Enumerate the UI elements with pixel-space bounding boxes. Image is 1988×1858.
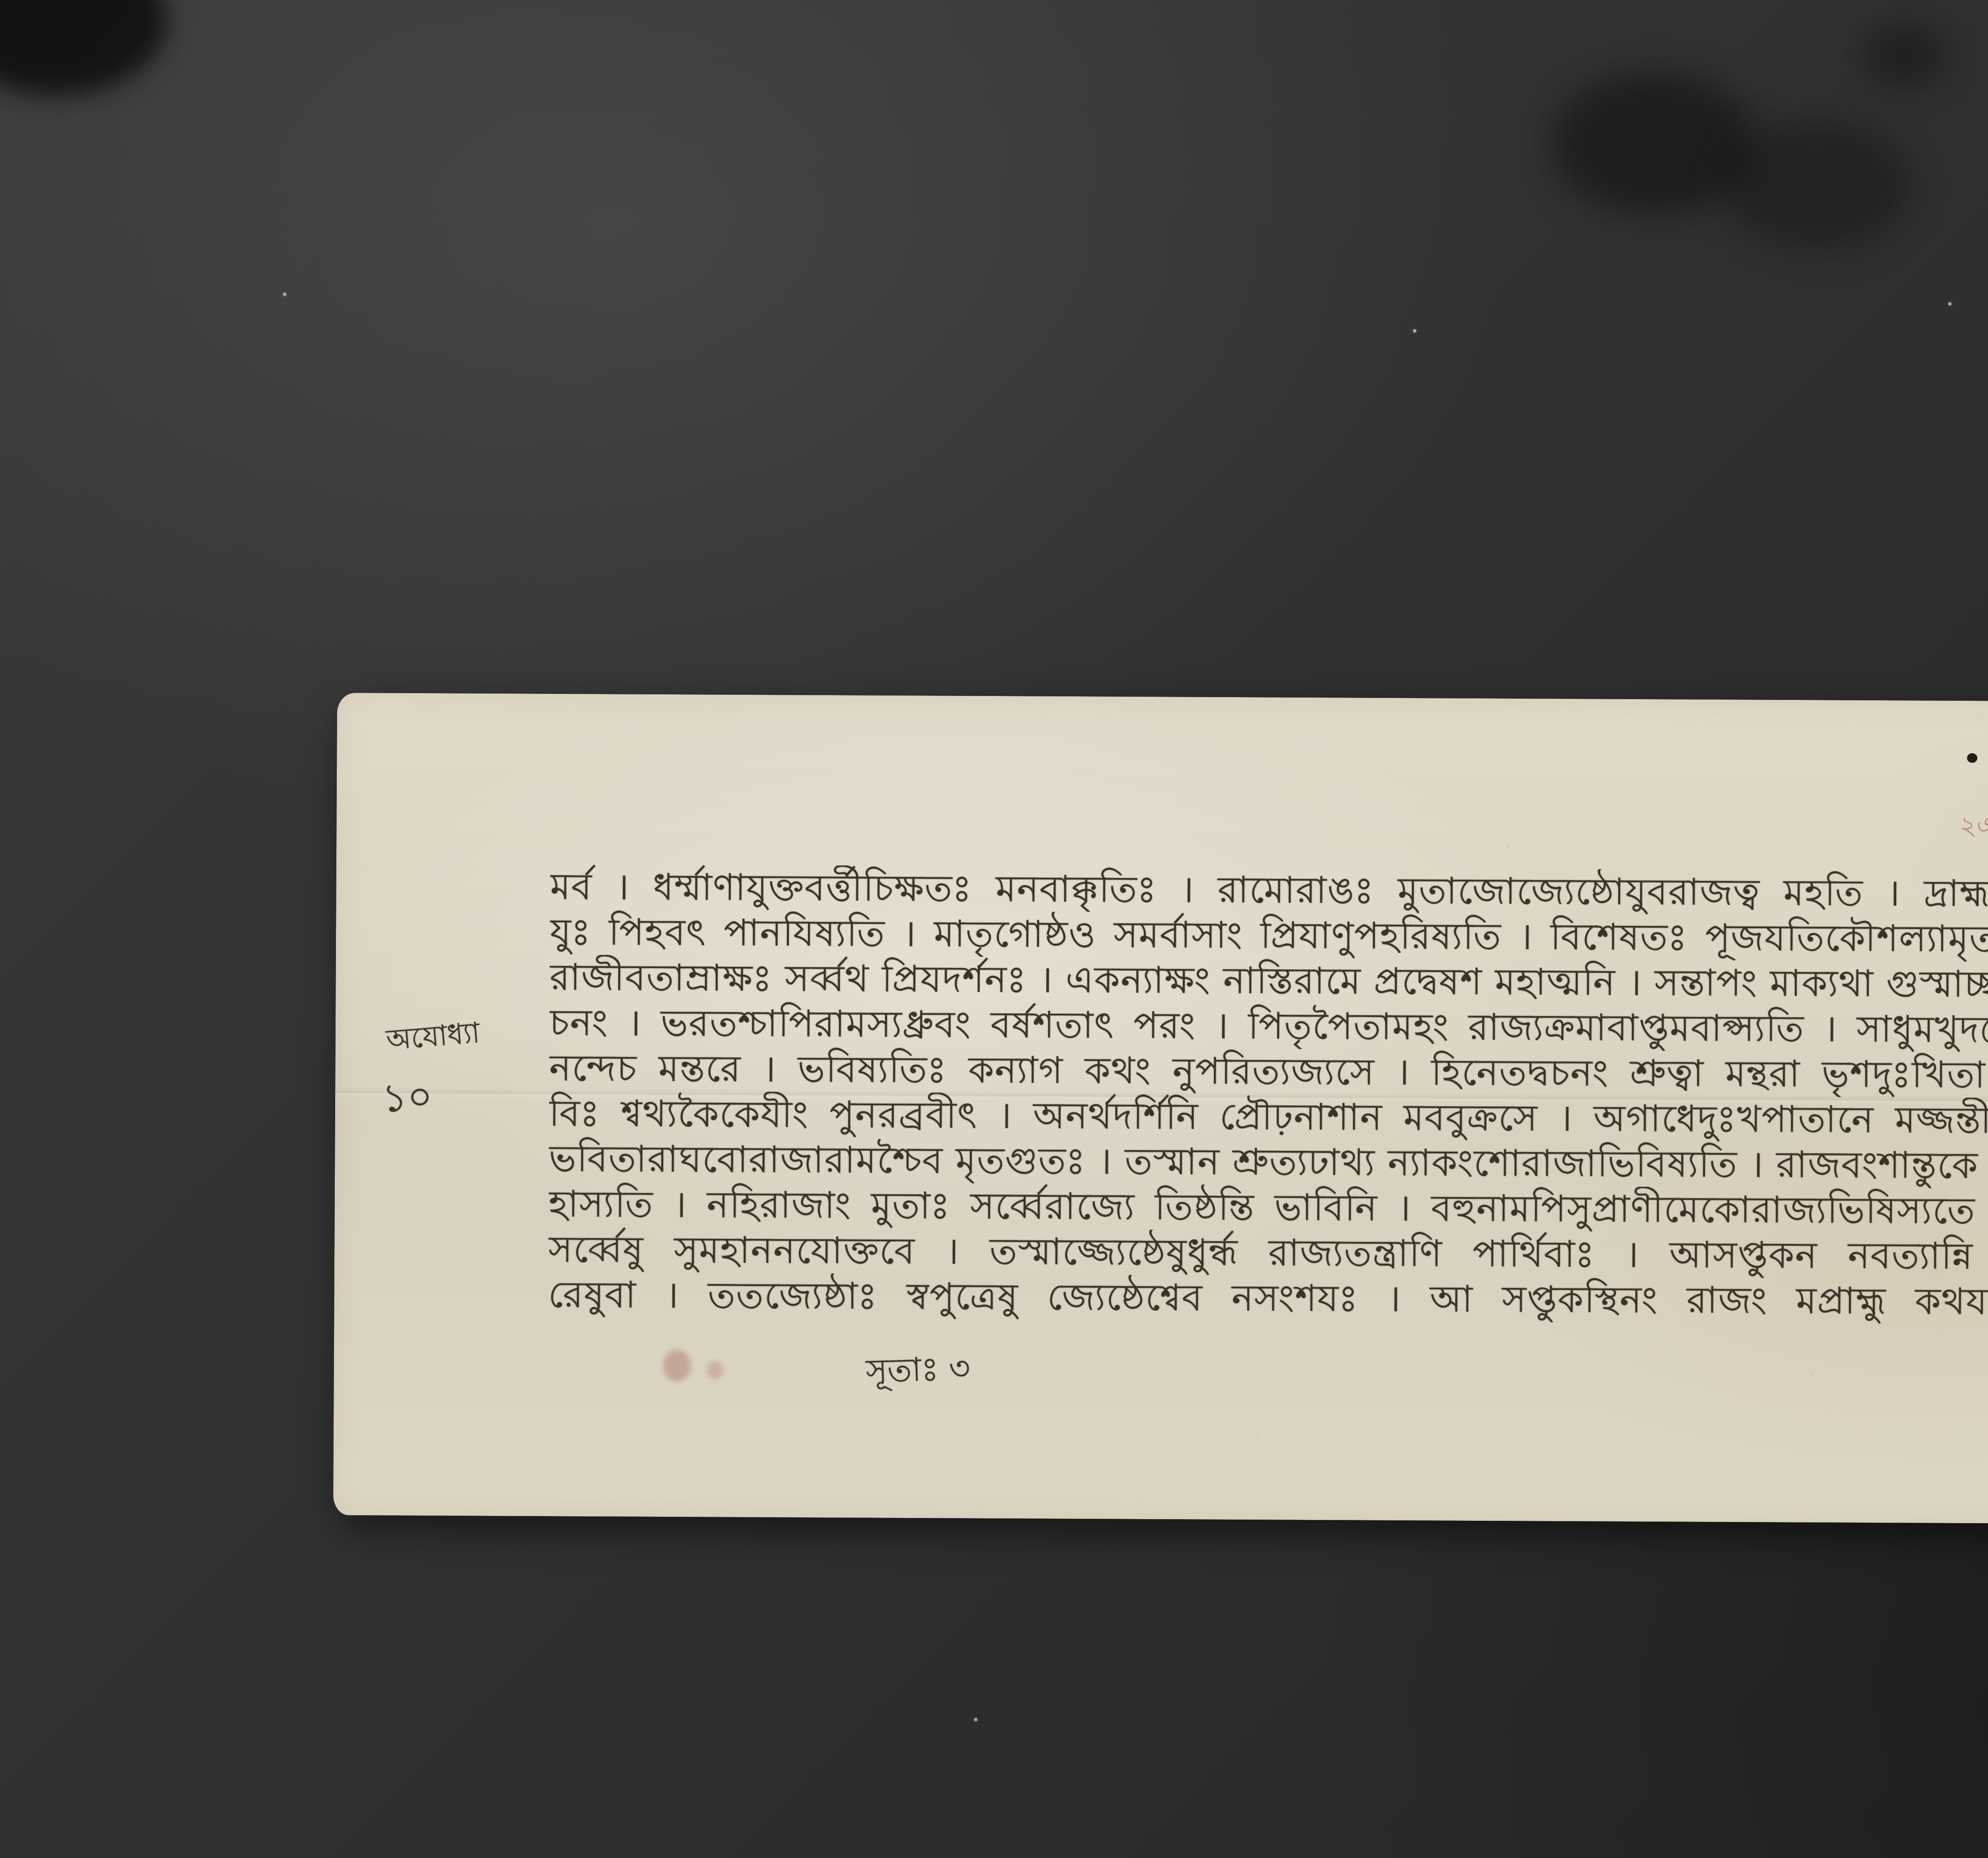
margin-note-ayodhya: অযোধ্যা	[384, 1011, 482, 1066]
text-line: রেষুবা । ততজ্যেষ্ঠাঃ স্বপুত্রেষু জ্যেষ্ঠ…	[548, 1272, 1988, 1325]
dust-speck	[1948, 302, 1951, 305]
manuscript-text-block: মর্ব । ধর্ম্মাণাযুক্তবর্ত্তীচিক্ষতঃ মনবা…	[548, 864, 1988, 1325]
dust-speck	[1413, 329, 1416, 332]
text-line: নন্দেচ মন্তরে । ভবিষ্যতিঃ কন্যাগ কথং নুপ…	[549, 1046, 1988, 1099]
text-line: মর্ব । ধর্ম্মাণাযুক্তবর্ত্তীচিক্ষতঃ মনবা…	[550, 864, 1988, 917]
margin-number-left: ১০	[381, 1067, 434, 1134]
backdrop-smudge	[1722, 119, 1912, 251]
backdrop-dark-corner	[0, 0, 167, 95]
text-line: বিঃ শ্বথ্যকৈকেযীং পুনরব্রবীৎ । অনর্থদর্শ…	[549, 1091, 1988, 1144]
text-line: হাস্যতি । নহিরাজাং মুতাঃ সর্ব্বেরাজ্যে ত…	[548, 1182, 1988, 1235]
text-line: সর্ব্বেষু সুমহাননযোক্তবে । তস্মাজ্জ্যেষ্…	[548, 1227, 1988, 1280]
text-line: যুঃ পিহবৎ পানযিষ্যতি । মাতৃগোষ্ঠও সমর্বা…	[550, 910, 1988, 963]
manuscript-page: মর্ব । ধর্ম্মাণাযুক্তবর্ত্তীচিক্ষতঃ মনবা…	[333, 693, 1988, 1525]
photo-backdrop: মর্ব । ধর্ম্মাণাযুক্তবর্ত্তীচিক্ষতঃ মনবা…	[0, 0, 1988, 1858]
dust-speck	[974, 1718, 977, 1721]
scribal-mark-bottom: সূতাঃ ৩	[865, 1343, 971, 1401]
text-line: ভবিতারাঘবোরাজারামশ্চৈব মৃতগুতঃ । তস্মান …	[549, 1136, 1988, 1189]
ink-dot	[1967, 753, 1977, 763]
red-ink-smudge	[663, 1350, 691, 1382]
dust-speck	[283, 293, 286, 296]
text-line: চনং । ভরতশ্চাপিরামস্যধ্রুবং বর্ষশতাৎ পরং…	[549, 1000, 1988, 1053]
backdrop-smudge	[1861, 24, 1948, 87]
red-ink-smudge	[707, 1361, 724, 1380]
text-line: রাজীবতাম্রাক্ষঃ সর্ব্বথ প্রিযদর্শনঃ । এক…	[549, 955, 1988, 1008]
faded-annotation-top: ২ঞং	[1959, 804, 1988, 849]
